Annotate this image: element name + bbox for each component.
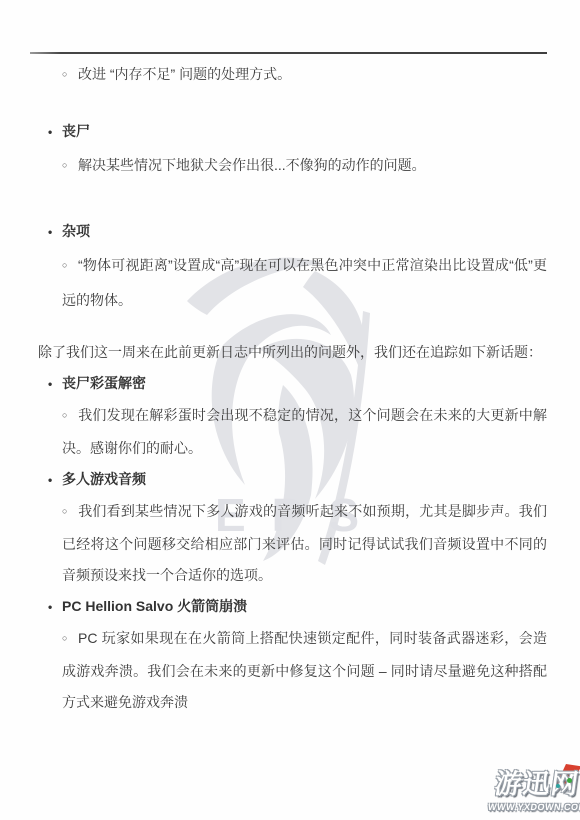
dot-bullet-icon: • [48, 592, 62, 623]
list-item-text: 解决某些情况下地狱犬会作出很...不像狗的动作的问题。 [78, 157, 426, 173]
list-item-text: 改进 “内存不足” 问题的处理方式。 [78, 66, 291, 82]
circle-bullet-icon: ○ [62, 400, 78, 431]
list-item: ○我们发现在解彩蛋时会出现不稳定的情况，这个问题会在未来的大更新中解决。感谢你们… [30, 400, 547, 464]
list-heading: •丧尸彩蛋解密 [30, 368, 547, 400]
list-heading-text: 丧尸 [62, 123, 90, 139]
circle-bullet-icon: ○ [62, 623, 78, 654]
document-page: EPS ○改进 “内存不足” 问题的处理方式。 •丧尸 ○解决某些情况下地狱犬会… [0, 0, 580, 820]
logo-teal-dot [556, 784, 560, 788]
site-watermark-logo: 游迅网 WWW.YXDOWN.COM [488, 762, 580, 812]
circle-bullet-icon: ○ [62, 496, 78, 527]
site-logo-url: WWW.YXDOWN.COM [487, 802, 580, 812]
list-item-text: 我们发现在解彩蛋时会出现不稳定的情况，这个问题会在未来的大更新中解决。感谢你们的… [62, 407, 547, 456]
list-item-text: “物体可视距离”设置成“高”现在可以在黑色冲突中正常渲染出比设置成“低”更远的物… [62, 257, 547, 308]
list-heading-text: 杂项 [62, 223, 90, 239]
list-heading: •丧尸 [30, 115, 547, 149]
list-item-text: 我们看到某些情况下多人游戏的音频听起来不如预期，尤其是脚步声。我们已经将这个问题… [62, 503, 547, 583]
dot-bullet-icon: • [48, 465, 62, 496]
list-item: ○PC 玩家如果现在在火箭筒上搭配快速锁定配件，同时装备武器迷彩，会造成游戏奔溃… [30, 623, 547, 718]
list-item: ○解决某些情况下地狱犬会作出很...不像狗的动作的问题。 [30, 149, 547, 184]
list-heading: •PC Hellion Salvo 火箭筒崩溃 [30, 591, 547, 623]
horizontal-rule [30, 52, 547, 54]
intro-paragraph: 除了我们这一周来在此前更新日志中所列出的问题外，我们还在追踪如下新话题： [38, 337, 547, 368]
list-item: ○改进 “内存不足” 问题的处理方式。 [30, 58, 547, 93]
list-item-text: PC 玩家如果现在在火箭筒上搭配快速锁定配件，同时装备武器迷彩，会造成游戏奔溃。… [62, 630, 547, 710]
list-item: ○我们看到某些情况下多人游戏的音频听起来不如预期，尤其是脚步声。我们已经将这个问… [30, 496, 547, 591]
logo-green-dot [567, 778, 572, 783]
dot-bullet-icon: • [48, 369, 62, 400]
dot-bullet-icon: • [48, 116, 62, 149]
circle-bullet-icon: ○ [62, 58, 78, 91]
circle-bullet-icon: ○ [62, 249, 78, 282]
dot-bullet-icon: • [48, 216, 62, 249]
list-heading: •杂项 [30, 215, 547, 249]
list-heading-text: 多人游戏音频 [62, 471, 146, 487]
list-heading-text: PC Hellion Salvo 火箭筒崩溃 [62, 598, 247, 614]
fixed-issues-section: ○改进 “内存不足” 问题的处理方式。 •丧尸 ○解决某些情况下地狱犬会作出很.… [30, 58, 547, 317]
site-logo-name: 游迅网 [485, 762, 580, 801]
document-content: ○改进 “内存不足” 问题的处理方式。 •丧尸 ○解决某些情况下地狱犬会作出很.… [0, 52, 580, 718]
circle-bullet-icon: ○ [62, 149, 78, 182]
list-heading: •多人游戏音频 [30, 464, 547, 496]
list-heading-text: 丧尸彩蛋解密 [62, 375, 146, 391]
tracked-topics-section: 除了我们这一周来在此前更新日志中所列出的问题外，我们还在追踪如下新话题： •丧尸… [30, 337, 547, 718]
list-item: ○“物体可视距离”设置成“高”现在可以在黑色冲突中正常渲染出比设置成“低”更远的… [30, 249, 547, 317]
